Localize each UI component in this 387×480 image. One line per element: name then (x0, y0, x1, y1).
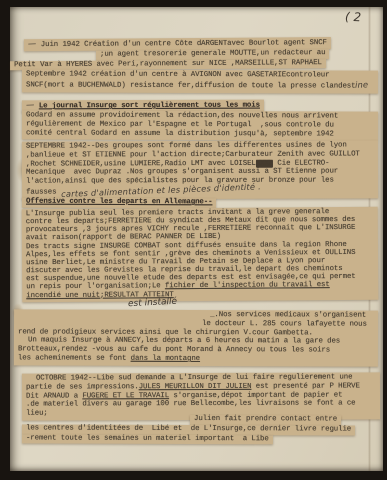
typed-strip-offensive-tracts: L'Insurge publia seul les premiere tract… (22, 207, 379, 302)
typed-segment: Petit Var à HYERES avec Peri,rayonnement… (14, 59, 322, 69)
typed-strip-godard-redaction: Godard en assume providoirement la rédac… (22, 110, 378, 141)
text-line: comité central Godard en assume la distr… (26, 129, 374, 139)
typed-strip-groupes-usines: SEPTEMBRE 1942--Des groupes sont formé d… (22, 140, 378, 199)
typed-segment: dans la montagne (131, 355, 200, 363)
typed-segment: ,banlieue et ST ETIENNE pour l'action di… (26, 150, 360, 159)
typed-segment: fausses (26, 188, 61, 196)
document-page: ( 2 — Juin 1942 Création d'un centre Côt… (10, 7, 383, 471)
typed-segment: le docteur L. 285 cours lafayette nous (202, 320, 367, 329)
typed-segment: FUGERE ET LE TRAVAIL (82, 392, 169, 400)
handwritten-est-installe: est installé (128, 297, 178, 310)
typed-segment: les centres d'identitées de Libé et de L… (26, 424, 351, 433)
text-line: incendié une nuit;RESULTAT ATTEINT (26, 289, 374, 300)
typed-strip-services-medicaux: _.Nos services medicaux s'organisentle d… (14, 309, 378, 366)
handwritten-segment: — (26, 100, 35, 109)
typed-segment: _.Nos services medicaux s'organisent (210, 311, 366, 320)
typed-segment: .de materiel divers au garage 100 rue Be… (26, 400, 355, 409)
typed-segment: Septembre 1942 création d'un centre à AV… (26, 70, 329, 79)
typed-segment: Un maquis Insurge à ANNECY,les départs a… (28, 337, 340, 346)
typed-strip-octobre-1942: OCTOBRE 1942--Libe sud demande a L'Insur… (22, 372, 380, 420)
text-line: -rement toute les semaines un materiel i… (22, 434, 273, 445)
handwritten-segment: — (28, 39, 37, 48)
typed-segment: Julien fait prendre contact entre (194, 415, 337, 423)
typed-segment: est presenté par P HERVE (251, 382, 359, 390)
typed-segment: s'organise,dépot important de papier et (169, 391, 342, 400)
scanned-document: ( 2 — Juin 1942 Création d'un centre Côt… (0, 0, 387, 480)
typed-segment: les acheminements se font (18, 354, 131, 362)
typed-segment: ,Rochet SCHNEIDER,usine LUMIERE,Radio LM… (26, 159, 256, 168)
text-line: Julien fait prendre contact entre (190, 415, 341, 425)
typed-segment: Juin 1942 Création d'un centre Côte dARG… (36, 39, 327, 49)
typed-segment: régulièrement de Mexico par l'Espagne et… (26, 120, 334, 129)
typed-segment: comité central Godard en assume la distr… (26, 129, 334, 138)
typed-segment: XXXX (256, 159, 273, 167)
typed-segment: Mecanique avec Dupraz .Nos groupes s'org… (26, 168, 338, 177)
text-line: Offensive contre les departs en Allemagn… (22, 198, 216, 208)
typed-segment: ;un agent tresorerie generale MOUTTE,un … (100, 49, 325, 59)
handwritten-segment: ine (355, 80, 369, 89)
text-line: .de materiel divers au garage 100 rue Be… (26, 400, 376, 410)
typed-strip-julien-contact: Julien fait prendre contact entreles cen… (22, 414, 375, 445)
typed-segment: partie de ses impressions. (26, 383, 139, 391)
typed-segment: Offensive contre les departs en Allemagn… (26, 198, 212, 207)
typed-heading-offensive-departs: Offensive contre les departs en Allemagn… (22, 198, 216, 208)
typed-segment: SNCF(mort a BUCHENWALD) resistance fer,d… (26, 81, 355, 90)
typed-segment: fichier de l'inspection du travail est (165, 282, 330, 291)
typed-strip-septembre-1942-avignon: Septembre 1942 création d'un centre à AV… (22, 69, 378, 93)
typed-segment: OCTOBRE 1942--Libe sud demande a L'Insur… (36, 373, 352, 382)
text-line: SNCF(mort a BUCHENWALD) resistance fer,d… (26, 79, 374, 91)
typed-segment: Cie ELECTRO- (273, 159, 329, 167)
typed-segment: Godard en assume providoirement la rédac… (26, 111, 338, 120)
typed-segment: -rement toute les semaines un materiel i… (26, 434, 269, 443)
text-line: fausses cartes d'alimentation et les piè… (26, 185, 374, 197)
typed-segment: SEPTEMBRE 1942--Des groupes sont formé d… (26, 141, 347, 150)
typed-strip-juin-1942: — Juin 1942 Création d'un centre Côte dA… (10, 37, 383, 71)
typed-segment: Brotteaux,rendez -vous au cafe du pont M… (18, 346, 330, 355)
typed-segment: JULES MEURILLON DIT JULIEN (139, 383, 252, 391)
text-line: les acheminements se font dans la montag… (18, 354, 374, 364)
typed-segment: Le journal Insurge sort régulièrement to… (39, 102, 260, 111)
handwritten-page-number: ( 2 (345, 10, 362, 25)
typed-segment: Dit ARNAUD a (26, 392, 82, 400)
